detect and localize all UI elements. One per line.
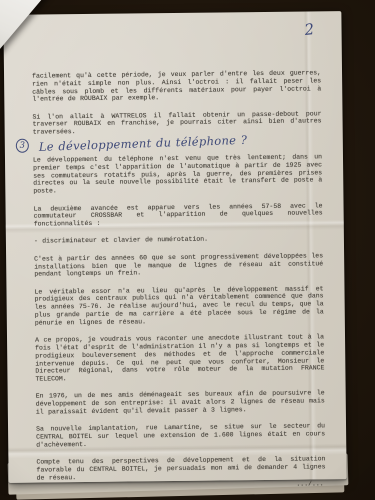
page-content: facilement qu'à cette période, je veux p… xyxy=(32,69,326,491)
typed-paragraph: Sa nouvelle implantation, rue Lamartine,… xyxy=(36,423,325,450)
typed-paragraph: La deuxième avancée est apparue vers les… xyxy=(34,202,323,229)
photo: 2 facilement qu'à cette période, je veux… xyxy=(0,0,375,500)
typed-paragraph: C'est à partir des années 60 que se sont… xyxy=(34,252,323,279)
typed-paragraph: A ce propos, je voudrais vous raconter u… xyxy=(35,333,325,383)
overlapping-sheet-corner-paper xyxy=(0,0,48,56)
page-number: 2 xyxy=(304,20,316,39)
typed-paragraph: En 1976, un de mes amis déménageait ses … xyxy=(36,390,325,417)
handwritten-heading: 3 Le développement du téléphone ? xyxy=(16,134,322,153)
typed-paragraph: Le véritable essor n'a eu lieu qu'après … xyxy=(34,285,323,327)
handwritten-heading-text: Le développement du téléphone ? xyxy=(39,137,248,152)
typed-paragraph: Compte tenu des perspectives de développ… xyxy=(36,455,325,482)
typed-paragraph: facilement qu'à cette période, je veux p… xyxy=(32,69,321,103)
overlapping-sheet-corner xyxy=(0,0,48,56)
typed-paragraph: Si l'on allait à WATTRELOS il fallait ob… xyxy=(32,110,321,137)
typed-paragraph: Le développement du téléphone n'est venu… xyxy=(33,153,322,195)
typed-letter-page: 2 facilement qu'à cette période, je veux… xyxy=(3,11,346,483)
circled-section-number: 3 xyxy=(16,139,29,153)
typed-paragraph: - discriminateur et clavier de numérotat… xyxy=(34,235,323,246)
